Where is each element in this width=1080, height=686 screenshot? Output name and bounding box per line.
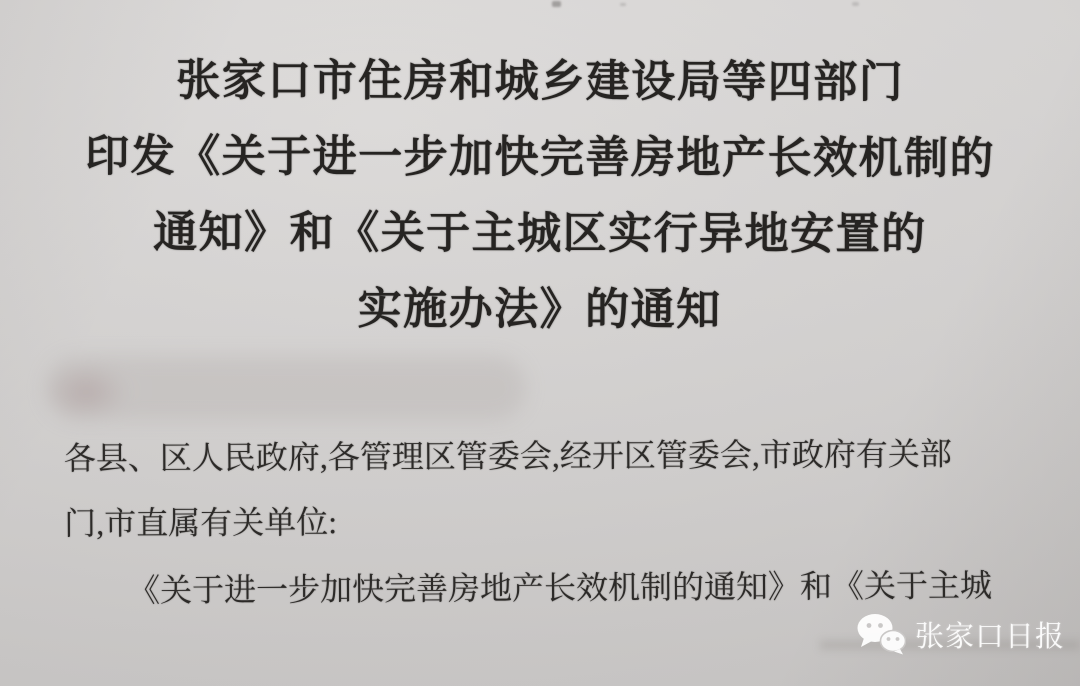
salutation-line-2: 门,市直属有关单位: (64, 486, 1029, 556)
document-title: 张家口市住房和城乡建设局等四部门 印发《关于进一步加快完善房地产长效机制的 通知… (0, 43, 1080, 350)
title-line-4: 实施办法》的通知 (0, 271, 1080, 350)
paper-speck (552, 1, 561, 7)
paper-smudge (46, 356, 526, 420)
watermark: 张家口日报 (856, 610, 1065, 658)
watermark-label: 张家口日报 (915, 614, 1065, 655)
title-line-3: 通知》和《关于主城区实行异地安置的 (0, 195, 1080, 274)
document-salutation: 各县、区人民政府,各管理区管委会,经开区管委会,市政府有关部 门,市直属有关单位… (64, 421, 1030, 556)
document-photo: 张家口市住房和城乡建设局等四部门 印发《关于进一步加快完善房地产长效机制的 通知… (0, 0, 1080, 686)
paper-speck (620, 3, 626, 6)
title-line-2: 印发《关于进一步加快完善房地产长效机制的 (0, 119, 1080, 198)
title-line-1: 张家口市住房和城乡建设局等四部门 (0, 43, 1080, 122)
salutation-line-1: 各县、区人民政府,各管理区管委会,经开区管委会,市政府有关部 (64, 421, 1029, 491)
paper-speck (852, 2, 859, 6)
wechat-icon (856, 613, 906, 655)
